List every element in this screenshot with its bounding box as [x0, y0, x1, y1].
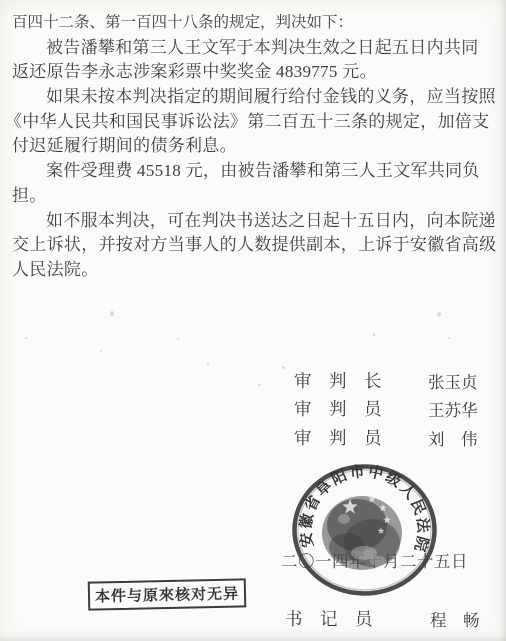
scan-artifact	[282, 366, 285, 369]
scan-artifact	[100, 350, 102, 352]
scan-edge-bottom	[0, 635, 506, 641]
clerk-title: 书 记 员	[285, 609, 373, 629]
clerk-name: 程 畅	[430, 607, 480, 631]
judgment-text-line: 如不服本判决，可在判决书送达之日起十五日内，向本院递	[12, 209, 500, 234]
judgment-body: 百四十二条、第一百四十八条的规定，判决如下： 被告潘攀和第三人王文军于本判决生效…	[12, 11, 500, 283]
scan-artifact	[177, 338, 179, 340]
judge-signature-row: 审 判 长 张玉贞	[294, 368, 499, 390]
scan-artifact	[468, 243, 470, 245]
judgment-text-line: 被告潘攀和第三人王文军于本判决生效之日起五日内共同	[12, 36, 500, 61]
scan-edge-right	[500, 0, 506, 641]
judgment-text-line: 担。	[12, 184, 500, 209]
court-seal: 安徽省阜阳市中级人民法院	[288, 461, 441, 599]
verification-stamp-text: 本件与原來核对无异	[95, 586, 239, 605]
judge-title: 审 判 长	[294, 371, 382, 391]
document-page: 百四十二条、第一百四十八条的规定，判决如下： 被告潘攀和第三人王文军于本判决生效…	[0, 0, 506, 641]
judge-title: 审 判 员	[294, 399, 382, 419]
national-emblem-icon	[322, 495, 402, 570]
scan-artifact	[437, 312, 441, 317]
judgment-text-line: 案件受理费 45518 元，由被告潘攀和第三人王文军共同负	[12, 159, 500, 184]
judge-signature-row: 审 判 员 刘 伟	[294, 425, 499, 447]
judgment-text-line: 如果未按本判决指定的期间履行给付金钱的义务，应当按照	[12, 85, 500, 110]
clerk-signature-row: 书 记 员 程 畅	[285, 606, 500, 628]
scan-artifact	[207, 362, 209, 365]
judgment-text-line: 百四十二条、第一百四十八条的规定，判决如下：	[12, 11, 500, 36]
scan-artifact	[110, 311, 114, 316]
scan-artifact	[448, 337, 450, 339]
judgment-text-line: 《中华人民共和国民事诉讼法》第二百五十三条的规定，加倍支	[5, 110, 500, 135]
judgment-text-line: 交上诉状，并按对方当事人的人数提供副本，上诉于安徽省高级	[12, 233, 500, 258]
judgment-text-line: 返还原告李永志涉案彩票中奖奖金 4839775 元。	[12, 60, 500, 85]
verification-stamp: 本件与原來核对无异	[88, 578, 247, 610]
scan-artifact	[373, 333, 375, 336]
judge-signature-row: 审 判 员 王苏华	[294, 396, 499, 418]
judgment-text-line: 人民法院。	[12, 258, 500, 283]
judge-title: 审 判 员	[294, 428, 382, 448]
scan-artifact	[258, 384, 261, 386]
judge-name: 张玉贞	[428, 369, 478, 393]
scan-artifact	[25, 337, 27, 339]
judge-name: 王苏华	[428, 397, 478, 421]
judge-name: 刘 伟	[428, 426, 478, 450]
judgment-text-line: 付迟延履行期间的债务利息。	[12, 134, 500, 159]
